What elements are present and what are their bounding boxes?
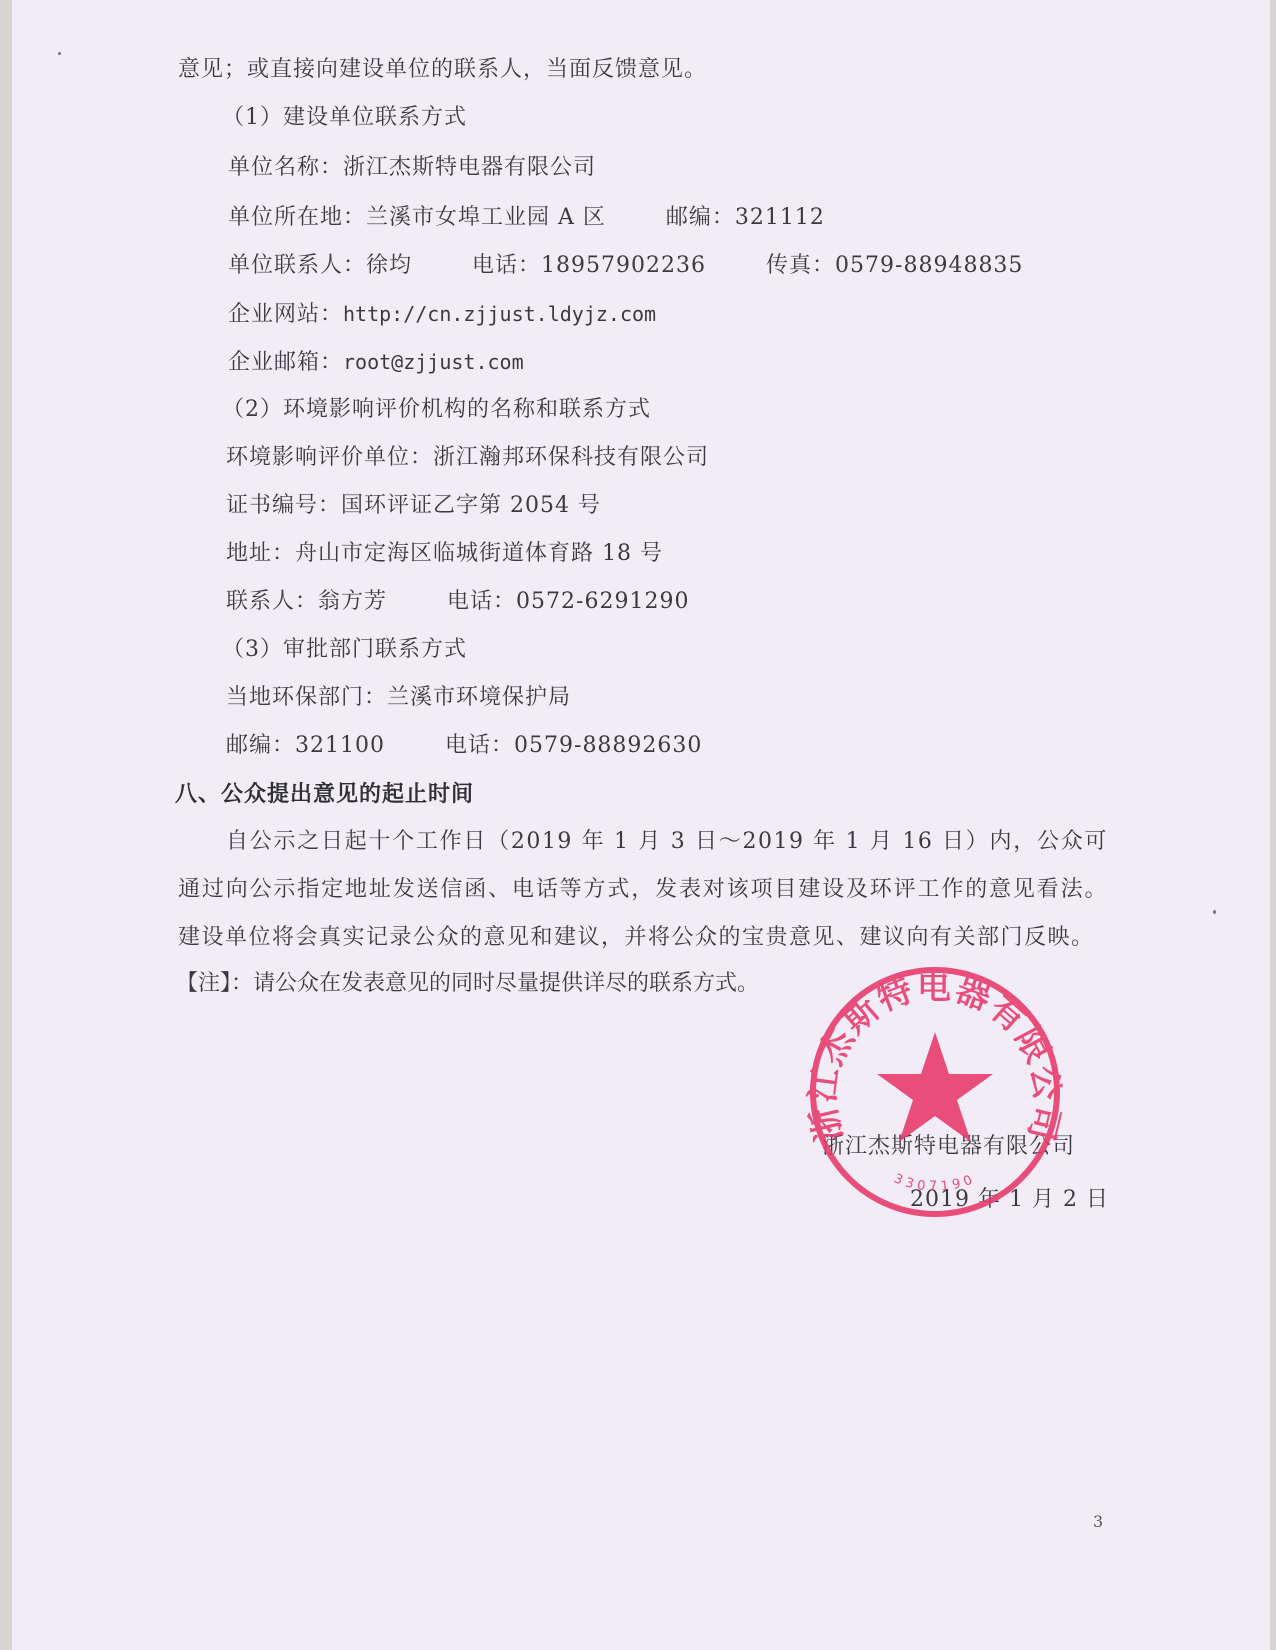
eia-unit-value: 浙江瀚邦环保科技有限公司 (433, 445, 709, 470)
contact-value: 徐均 (366, 253, 412, 278)
email-label: 企业邮箱： (228, 350, 343, 375)
fax-label: 传真： (766, 253, 835, 278)
location-label: 单位所在地： (228, 205, 366, 230)
dept-phone-label: 电话： (445, 733, 514, 758)
svg-text:3307190: 3307190 (892, 1171, 979, 1194)
phone-value: 18957902236 (541, 253, 706, 278)
section3-title: （3）审批部门联系方式 (222, 636, 467, 664)
eia-phone-value: 0572-6291290 (516, 589, 689, 614)
section8-paragraph: 自公示之日起十个工作日（2019 年 1 月 3 日～2019 年 1 月 16… (178, 818, 1108, 962)
intro-line: 意见；或直接向建设单位的联系人，当面反馈意见。 (178, 56, 707, 84)
dept-postcode-row: 邮编：321100 电话：0579-88892630 (226, 732, 702, 760)
postcode-label: 邮编： (666, 205, 735, 230)
unit-name-value: 浙江杰斯特电器有限公司 (343, 155, 596, 180)
eia-contact-label: 联系人： (226, 589, 318, 614)
postcode-value: 321112 (735, 205, 825, 230)
dept-phone-value: 0579-88892630 (514, 733, 702, 758)
website-row: 企业网站：http://cn.zjjust.ldyjz.com (228, 300, 656, 329)
note-row: 【注】：请公众在发表意见的同时尽量提供详尽的联系方式。 (176, 970, 759, 998)
note-label: 【注】 (176, 971, 231, 996)
fax-value: 0579-88948835 (835, 253, 1023, 278)
page-number: 3 (1093, 1512, 1103, 1531)
cert-label: 证书编号： (226, 493, 341, 518)
eia-unit-label: 环境影响评价单位： (226, 445, 433, 470)
scan-speck (1213, 910, 1216, 914)
contact-row: 单位联系人：徐均 电话：18957902236 传真：0579-88948835 (228, 252, 1023, 280)
location-value: 兰溪市女埠工业园 A 区 (366, 205, 606, 230)
dept-label: 当地环保部门： (226, 685, 387, 710)
eia-contact-value: 翁方芳 (318, 589, 387, 614)
cert-row: 证书编号：国环评证乙字第 2054 号 (226, 492, 601, 520)
cert-value: 国环评证乙字第 2054 号 (341, 493, 601, 518)
dept-postcode-value: 321100 (295, 733, 385, 758)
dept-value: 兰溪市环境保护局 (387, 685, 571, 710)
website-label: 企业网站： (228, 302, 343, 327)
eia-unit-row: 环境影响评价单位：浙江瀚邦环保科技有限公司 (226, 444, 709, 472)
dept-row: 当地环保部门：兰溪市环境保护局 (226, 684, 571, 712)
dept-postcode-label: 邮编： (226, 733, 295, 758)
contact-label: 单位联系人： (228, 253, 366, 278)
address-label: 地址： (226, 541, 295, 566)
location-row: 单位所在地：兰溪市女埠工业园 A 区 邮编：321112 (228, 204, 825, 232)
unit-name-label: 单位名称： (228, 155, 343, 180)
eia-contact-row: 联系人：翁方芳 电话：0572-6291290 (226, 588, 689, 616)
address-value: 舟山市定海区临城街道体育路 18 号 (295, 541, 663, 566)
website-link[interactable]: http://cn.zjjust.ldyjz.com (343, 302, 656, 326)
phone-label: 电话： (472, 253, 541, 278)
company-seal-stamp: 浙江杰斯特电器有限公司 3307190 (805, 962, 1065, 1222)
note-text: ：请公众在发表意见的同时尽量提供详尽的联系方式。 (231, 971, 759, 996)
scan-speck (58, 52, 61, 55)
address-row: 地址：舟山市定海区临城街道体育路 18 号 (226, 540, 663, 568)
eia-phone-label: 电话： (447, 589, 516, 614)
email-link[interactable]: root@zjjust.com (343, 350, 524, 374)
email-row: 企业邮箱：root@zjjust.com (228, 348, 524, 377)
section2-title: （2）环境影响评价机构的名称和联系方式 (222, 396, 651, 424)
section8-heading: 八、公众提出意见的起止时间 (175, 780, 474, 808)
star-icon (877, 1032, 993, 1142)
unit-name-row: 单位名称：浙江杰斯特电器有限公司 (228, 154, 596, 182)
section1-title: （1）建设单位联系方式 (222, 104, 467, 132)
